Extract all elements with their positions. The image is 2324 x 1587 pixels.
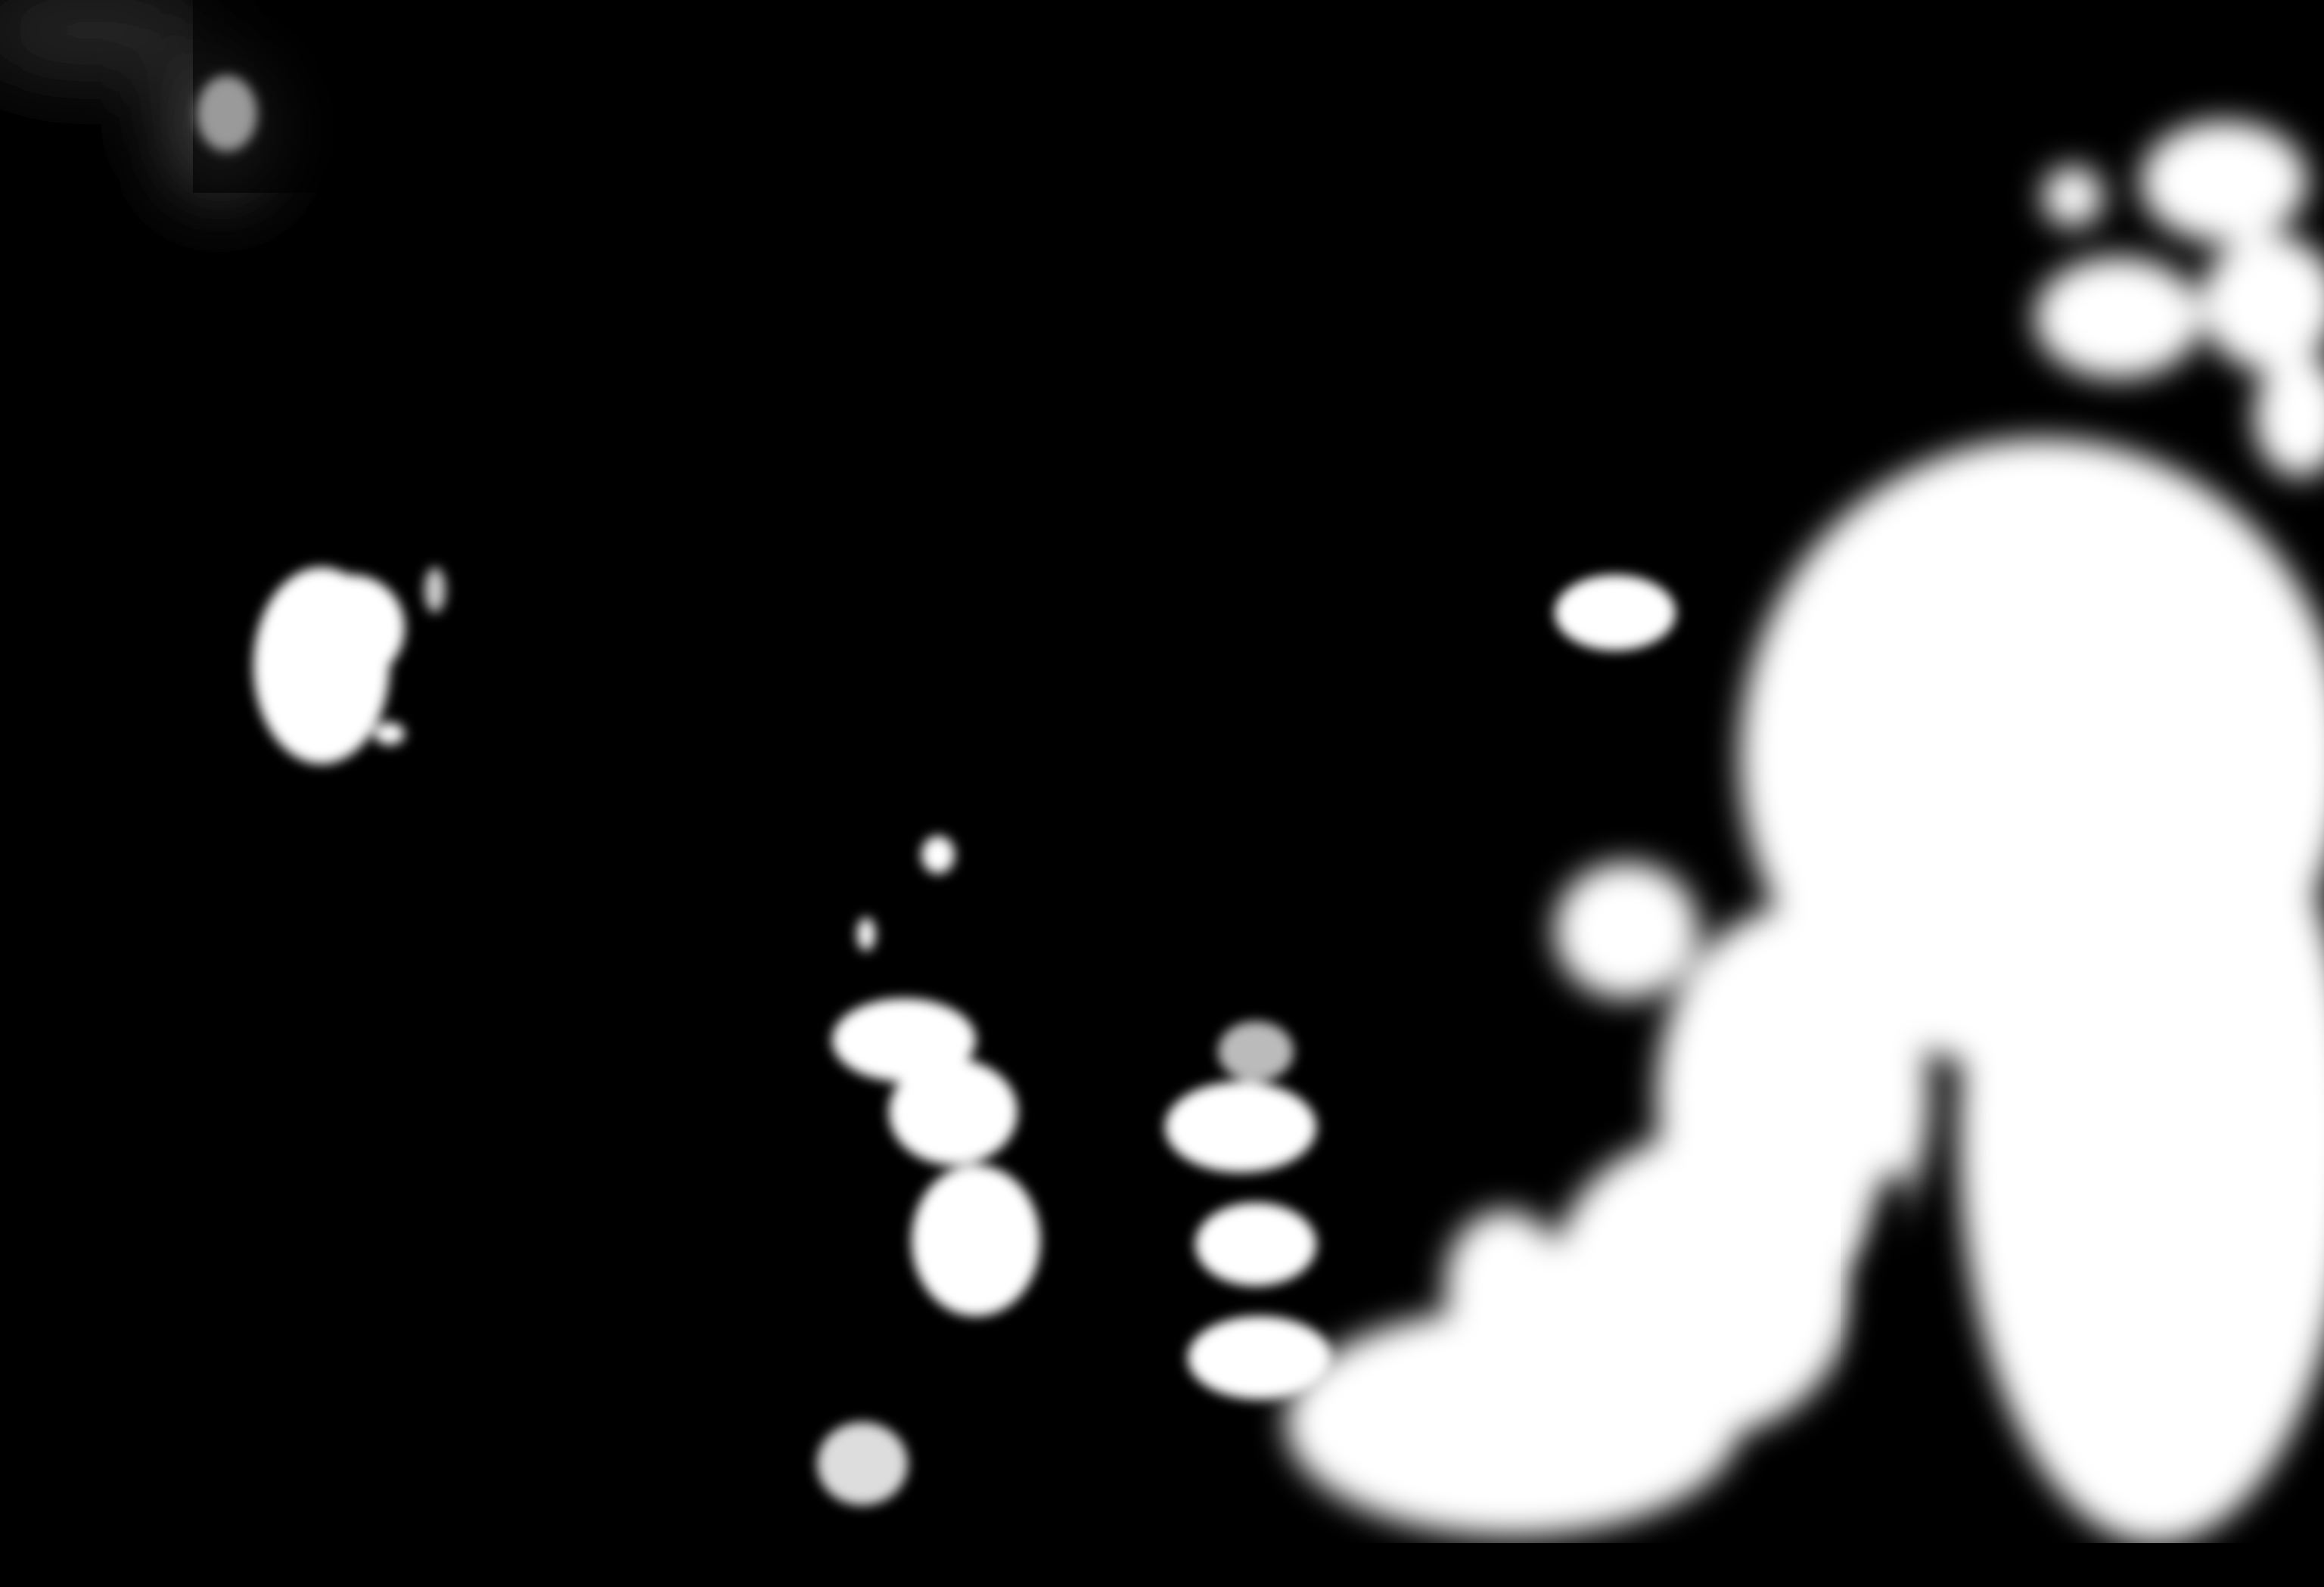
cloud-upper-middle bbox=[1555, 575, 1676, 651]
dark-gap bbox=[1861, 1172, 1929, 1475]
small-cloud-top-left bbox=[197, 76, 257, 151]
cloud-field bbox=[0, 0, 2324, 1587]
bottom-border bbox=[0, 1543, 2324, 1587]
cloud-mask-image bbox=[0, 0, 2324, 1587]
